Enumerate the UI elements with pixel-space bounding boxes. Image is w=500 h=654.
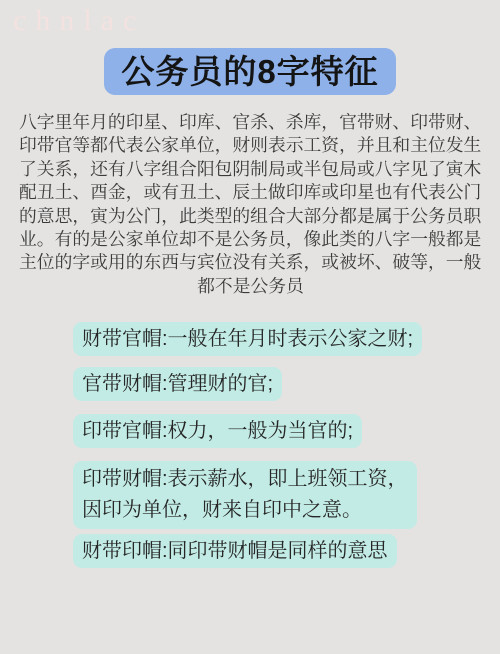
highlight-list: 财带官帽:一般在年月时表示公家之财; 官带财帽:管理财的官; 印带官帽:权力，一… [73,322,422,568]
paragraph-line: 主位的字或用的东西与宾位没有关系，或被坏、破等，一般 [19,251,482,274]
highlight-text: 印带官帽:权力，一般为当官的; [82,420,353,442]
highlight-text: 财带印帽:同印带财帽是同样的意思 [82,540,388,562]
page-title: 公务员的8字特征 [104,48,395,95]
paragraph-line: 都不是公务员 [19,275,482,298]
highlight-item-guan-dai-cai-mao: 官带财帽:管理财的官; [73,367,282,401]
paragraph-line: 的意思，寅为公门，此类型的组合大部分都是属于公务员职 [19,205,482,228]
paragraph-line: 八字里年月的印星、印库、官杀、杀库，官带财、印带财、 [19,111,482,134]
title-row: 公务员的8字特征 [0,48,500,95]
highlight-item-cai-dai-guan-mao: 财带官帽:一般在年月时表示公家之财; [73,322,422,356]
highlight-text-line: 因印为单位，财来自印中之意。 [82,495,408,526]
highlight-item-yin-dai-guan-mao: 印带官帽:权力，一般为当官的; [73,414,362,448]
body-paragraph: 八字里年月的印星、印库、官杀、杀库，官带财、印带财、 印带官等都代表公家单位，财… [19,111,482,298]
paragraph-line: 业。有的是公家单位却不是公务员，像此类的八字一般都是 [19,228,482,251]
highlight-text-line: 印带财帽:表示薪水，即上班领工资， [82,464,408,495]
paragraph-line: 了关系，还有八字组合阳包阴制局或半包局或八字见了寅木 [19,158,482,181]
highlight-item-cai-dai-yin-mao: 财带印帽:同印带财帽是同样的意思 [73,534,397,568]
highlight-item-yin-dai-cai-mao: 印带财帽:表示薪水，即上班领工资， 因印为单位，财来自印中之意。 [73,461,417,529]
paragraph-line: 印带官等都代表公家单位，财则表示工资，并且和主位发生 [19,134,482,157]
highlight-text: 财带官帽:一般在年月时表示公家之财; [82,328,413,350]
paragraph-line: 配丑土、酉金，或有丑土、辰土做印库或印星也有代表公门 [19,181,482,204]
highlight-text: 官带财帽:管理财的官; [82,373,273,395]
watermark: chnlac [13,4,145,38]
